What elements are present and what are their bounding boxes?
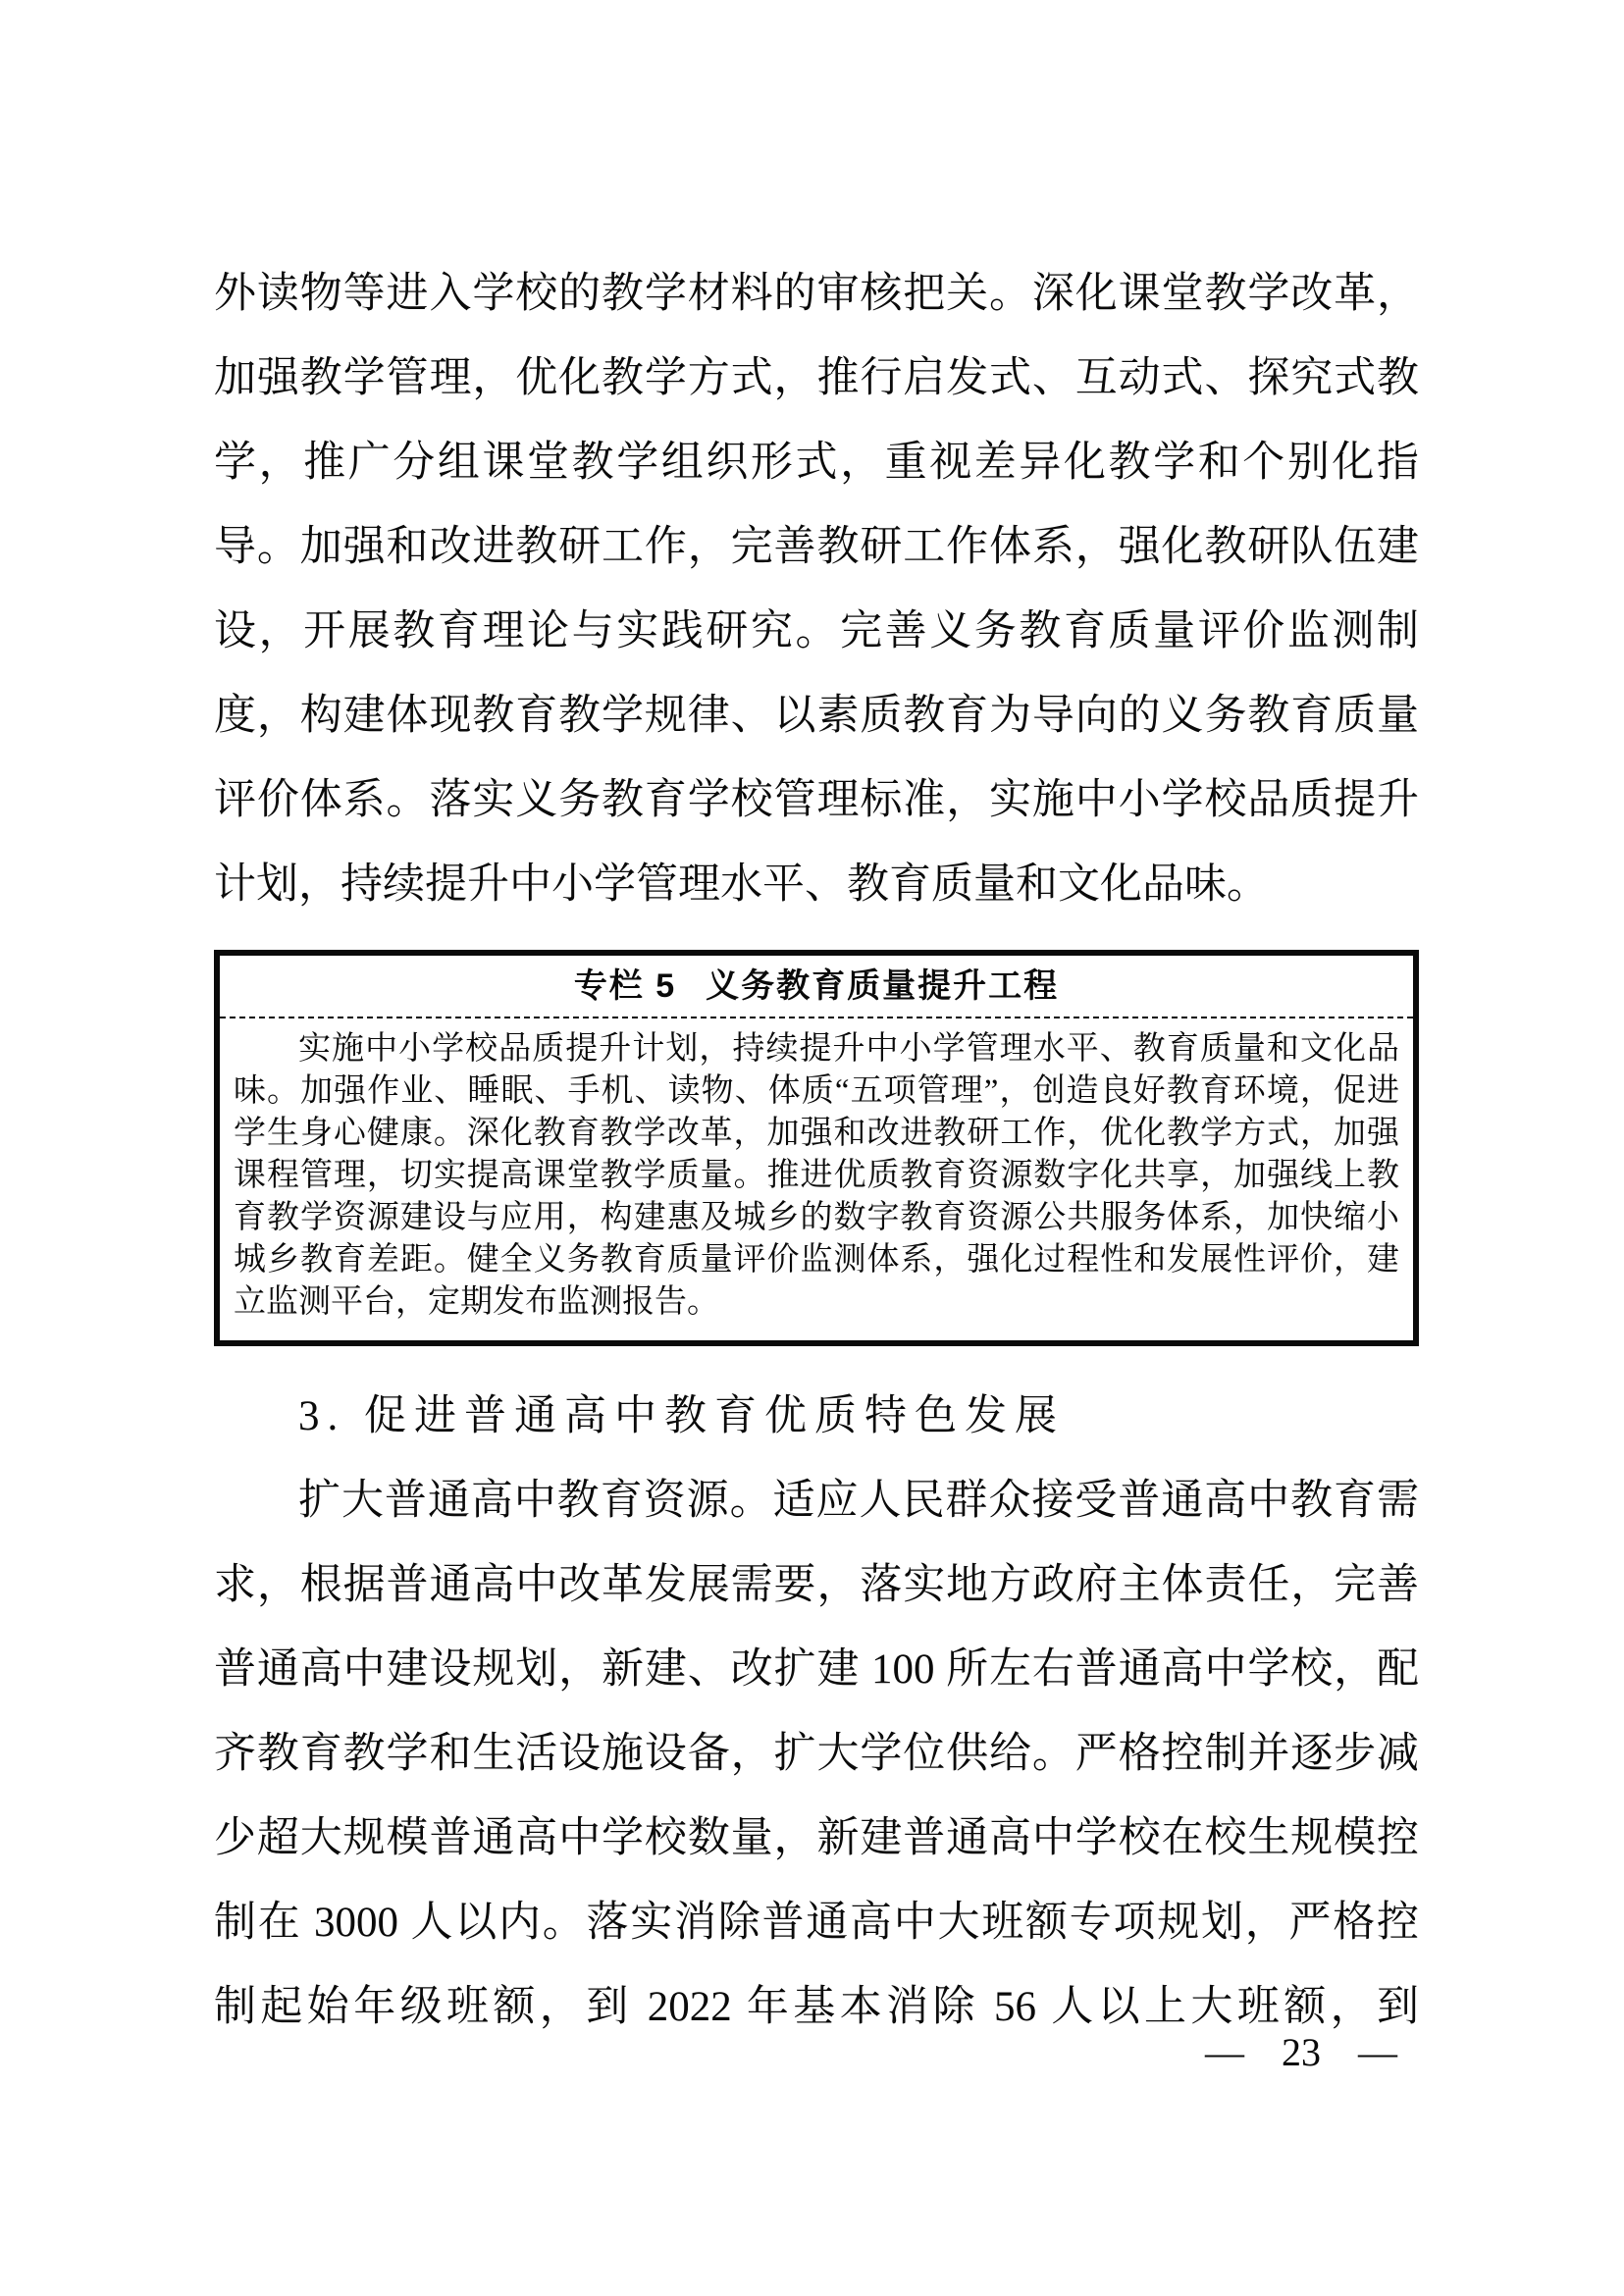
panel-title-text: 义务教育质量提升工程 bbox=[706, 967, 1059, 1005]
document-page: 外读物等进入学校的教学材料的审核把关。深化课堂教学改革， 加强教学管理，优化教学… bbox=[0, 0, 1624, 2296]
body-line: 学，推广分组课堂教学组织形式，重视差异化教学和个别化指 bbox=[214, 421, 1419, 505]
body-line: 设，开展教育理论与实践研究。完善义务教育质量评价监测制 bbox=[214, 590, 1419, 674]
body-line: 外读物等进入学校的教学材料的审核把关。深化课堂教学改革， bbox=[214, 252, 1419, 337]
panel-line: 味。加强作业、睡眠、手机、读物、体质“五项管理”，创造良好教育环境，促进 bbox=[234, 1070, 1399, 1113]
body-line: 少超大规模普通高中学校数量，新建普通高中学校在校生规模控 bbox=[214, 1797, 1419, 1881]
page-number-footer: — 23 — bbox=[1205, 2027, 1397, 2076]
panel-line: 实施中小学校品质提升计划，持续提升中小学管理水平、教育质量和文化品 bbox=[234, 1028, 1399, 1070]
body-paragraph-2: 扩大普通高中教育资源。适应人民群众接受普通高中教育需 求，根据普通高中改革发展需… bbox=[214, 1459, 1419, 2050]
section-heading: 3. 促进普通高中教育优质特色发展 bbox=[214, 1375, 1419, 1459]
body-line: 评价体系。落实义务教育学校管理标准，实施中小学校品质提升 bbox=[214, 758, 1419, 843]
body-line: 度，构建体现教育教学规律、以素质教育为导向的义务教育质量 bbox=[214, 674, 1419, 758]
footer-dash-left: — bbox=[1205, 2029, 1244, 2075]
body-line: 导。加强和改进教研工作，完善教研工作体系，强化教研队伍建 bbox=[214, 505, 1419, 590]
panel-body: 实施中小学校品质提升计划，持续提升中小学管理水平、教育质量和文化品 味。加强作业… bbox=[220, 1018, 1413, 1324]
panel-line: 立监测平台，定期发布监测报告。 bbox=[234, 1281, 1399, 1324]
body-line: 加强教学管理，优化教学方式，推行启发式、互动式、探究式教 bbox=[214, 337, 1419, 421]
footer-dash-right: — bbox=[1358, 2029, 1397, 2075]
panel-line: 课程管理，切实提高课堂教学质量。推进优质教育资源数字化共享，加强线上教 bbox=[234, 1155, 1399, 1197]
body-line: 普通高中建设规划，新建、改扩建 100 所左右普通高中学校，配 bbox=[214, 1628, 1419, 1712]
body-paragraph-1: 外读物等进入学校的教学材料的审核把关。深化课堂教学改革， 加强教学管理，优化教学… bbox=[214, 252, 1419, 927]
body-line: 求，根据普通高中改革发展需要，落实地方政府主体责任，完善 bbox=[214, 1543, 1419, 1628]
body-line: 齐教育教学和生活设施设备，扩大学位供给。严格控制并逐步减 bbox=[214, 1712, 1419, 1797]
body-line: 制在 3000 人以内。落实消除普通高中大班额专项规划，严格控 bbox=[214, 1881, 1419, 1965]
body-line: 计划，持续提升中小学管理水平、教育质量和文化品味。 bbox=[214, 843, 1419, 927]
panel-line: 城乡教育差距。健全义务教育质量评价监测体系，强化过程性和发展性评价，建 bbox=[234, 1239, 1399, 1281]
highlight-panel: 专栏 5义务教育质量提升工程 实施中小学校品质提升计划，持续提升中小学管理水平、… bbox=[214, 950, 1419, 1346]
panel-title-label: 专栏 5 bbox=[574, 967, 676, 1005]
page-number: 23 bbox=[1282, 2029, 1321, 2075]
panel-line: 学生身心健康。深化教育教学改革，加强和改进教研工作，优化教学方式，加强 bbox=[234, 1113, 1399, 1155]
body-line: 扩大普通高中教育资源。适应人民群众接受普通高中教育需 bbox=[214, 1459, 1419, 1543]
panel-line: 育教学资源建设与应用，构建惠及城乡的数字教育资源公共服务体系，加快缩小 bbox=[234, 1197, 1399, 1239]
panel-title: 专栏 5义务教育质量提升工程 bbox=[220, 956, 1413, 1018]
